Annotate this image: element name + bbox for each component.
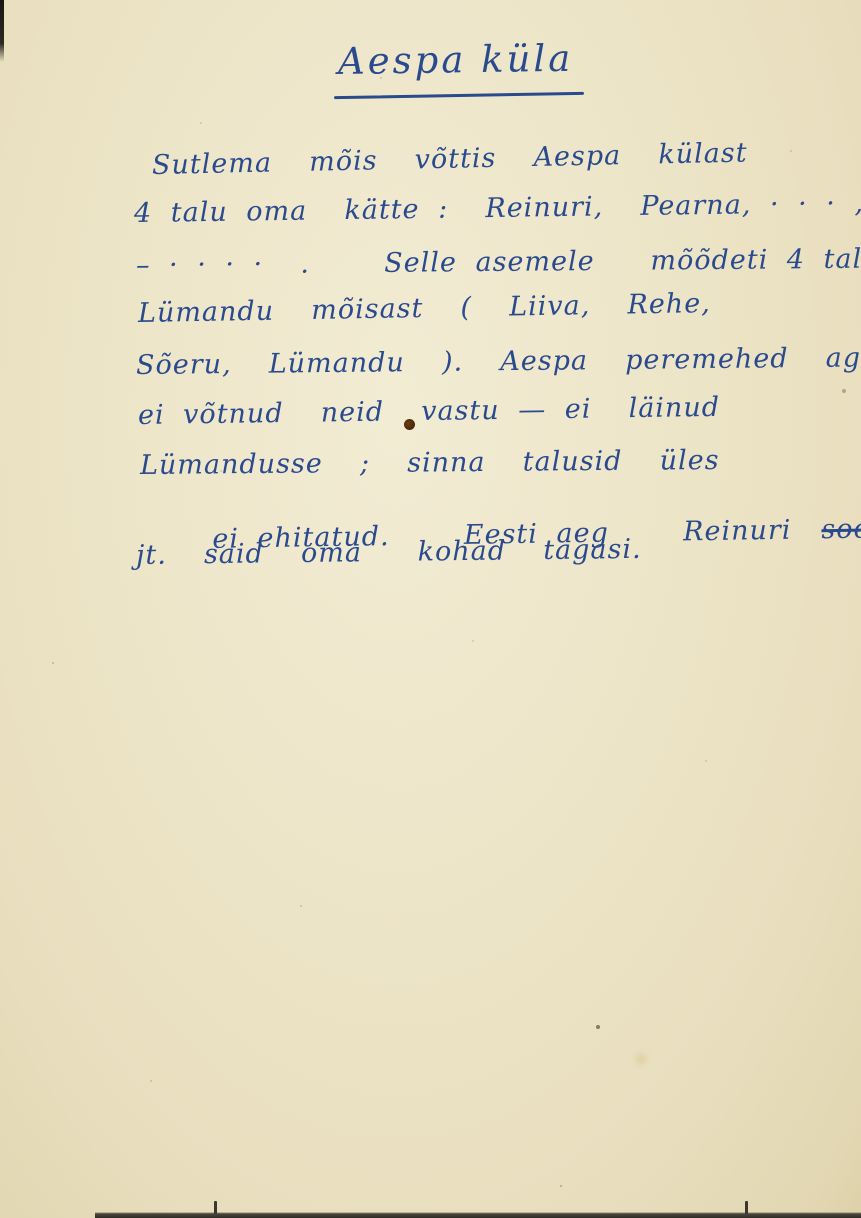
handwritten-line: Sõeru, Lümandu ). Aespa peremehed aga [136,342,861,381]
page-title: Aespa küla [338,37,574,83]
title-underline [334,92,584,99]
handwritten-line: Lümandusse ; sinna talusid üles [140,445,720,481]
handwritten-line: jt. said oma kohad tagasi. [136,534,642,571]
handwritten-line: ei võtnud neid vastu — ei läinud [138,392,720,431]
scan-edge-fiber [214,1201,217,1214]
ink-blot [404,419,415,430]
handwritten-line: Sutlema mõis võttis Aespa külast [152,138,748,181]
handwritten-line: Lümandu mõisast ( Liiva, Rehe, [138,288,711,329]
handwritten-line: – · · · · . Selle asemele mõõdeti 4 talu [136,244,861,281]
struck-out-word: soo [821,513,861,545]
handwritten-note-page: Aespa küla Sutlema mõis võttis Aespa kül… [0,0,861,1218]
scan-edge-left [0,0,4,62]
handwritten-line: 4 talu oma kätte : Reinuri, Pearna, · · … [134,188,861,229]
scan-edge-fiber [745,1201,748,1214]
